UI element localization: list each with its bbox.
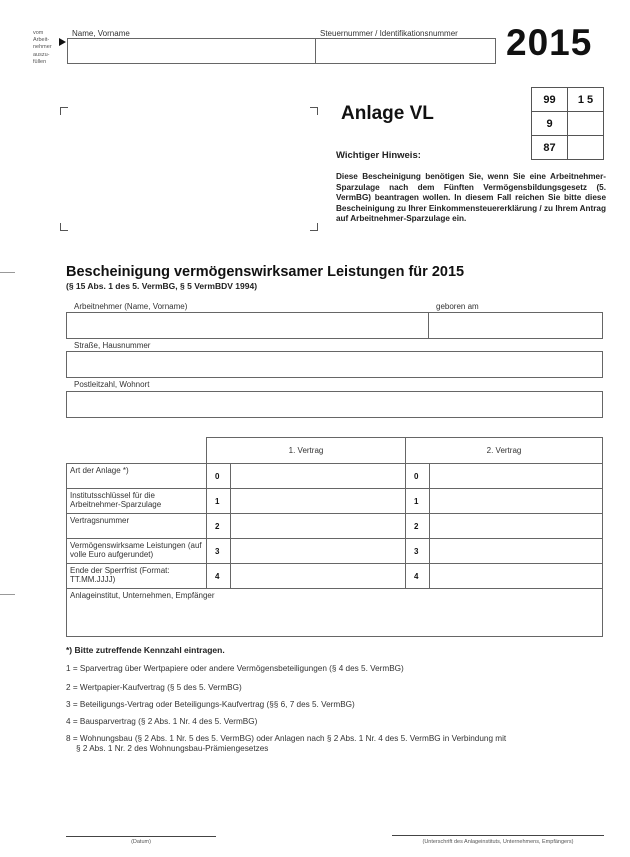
table-corner [67, 438, 207, 464]
contract-2-cell[interactable] [430, 539, 603, 564]
date-label: (Datum) [66, 839, 216, 845]
tax-number-field[interactable] [315, 38, 496, 64]
code-cell: 99 [532, 88, 568, 112]
fold-mark [0, 272, 15, 273]
row-code: 2 [406, 514, 430, 539]
row-label: Vertragsnummer [67, 514, 207, 539]
contract-1-cell[interactable] [231, 489, 406, 514]
footnote-item: 4 = Bausparvertrag (§ 2 Abs. 1 Nr. 4 des… [66, 717, 257, 727]
birth-date-field[interactable] [428, 312, 603, 339]
street-field[interactable] [66, 351, 603, 378]
row-code: 0 [207, 464, 231, 489]
code-grid: 99 1 5 9 87 [531, 87, 604, 160]
row-code: 3 [207, 539, 231, 564]
table-row: Vertragsnummer 2 2 [67, 514, 603, 539]
row-code: 2 [207, 514, 231, 539]
table-row: Institutsschlüssel für die Arbeitnehmer-… [67, 489, 603, 514]
row-label: Ende der Sperrfrist (Format: TT.MM.JJJJ) [67, 564, 207, 589]
contract-1-cell[interactable] [231, 539, 406, 564]
row-code: 0 [406, 464, 430, 489]
table-row: Vermögenswirksame Leistungen (auf volle … [67, 539, 603, 564]
row-code: 4 [406, 564, 430, 589]
row-label: Institutsschlüssel für die Arbeitnehmer-… [67, 489, 207, 514]
institute-label: Anlageinstitut, Unternehmen, Empfänger [70, 591, 599, 600]
row-code: 4 [207, 564, 231, 589]
row-code: 1 [406, 489, 430, 514]
window-corner-mark [60, 223, 68, 231]
row-label: Vermögenswirksame Leistungen (auf volle … [67, 539, 207, 564]
code-cell[interactable] [568, 112, 604, 136]
employee-label: Arbeitnehmer (Name, Vorname) [74, 302, 187, 311]
code-cell[interactable] [568, 136, 604, 160]
section-title: Bescheinigung vermögenswirksamer Leistun… [66, 264, 464, 280]
institute-field[interactable]: Anlageinstitut, Unternehmen, Empfänger [67, 589, 603, 637]
contract-2-cell[interactable] [430, 489, 603, 514]
footnote-item: 8 = Wohnungsbau (§ 2 Abs. 1 Nr. 5 des 5.… [66, 734, 506, 744]
side-note-line: vom [33, 30, 63, 37]
footnote-item: 2 = Wertpapier-Kaufvertrag (§ 5 des 5. V… [66, 683, 242, 693]
fold-mark [0, 594, 15, 595]
hint-body: Diese Bescheinigung benötigen Sie, wenn … [336, 172, 606, 225]
footnote-item: 3 = Beteiligungs-Vertrag oder Beteiligun… [66, 700, 355, 710]
row-code: 1 [207, 489, 231, 514]
city-label: Postleitzahl, Wohnort [74, 380, 149, 389]
city-field[interactable] [66, 391, 603, 418]
code-cell: 1 5 [568, 88, 604, 112]
side-note-line: auszu- [33, 52, 63, 59]
code-cell: 87 [532, 136, 568, 160]
name-label: Name, Vorname [72, 29, 130, 38]
birth-date-label: geboren am [436, 302, 479, 311]
form-title: Anlage VL [341, 103, 434, 125]
name-field[interactable] [67, 38, 316, 64]
contract-1-cell[interactable] [231, 564, 406, 589]
contract-2-header: 2. Vertrag [406, 438, 603, 464]
row-label: Art der Anlage *) [67, 464, 207, 489]
signature-line[interactable] [392, 835, 604, 836]
footnote-title: *) Bitte zutreffende Kennzahl eintragen. [66, 645, 225, 655]
contract-1-cell[interactable] [231, 514, 406, 539]
window-corner-mark [310, 107, 318, 115]
signature-label: (Unterschrift des Anlageinstituts, Unter… [392, 839, 604, 845]
form-year: 2015 [506, 22, 592, 64]
contracts-table: 1. Vertrag 2. Vertrag Art der Anlage *) … [66, 437, 603, 637]
footnote-item: 1 = Sparvertrag über Wertpapiere oder an… [66, 664, 404, 674]
tax-number-label: Steuernummer / Identifikationsnummer [320, 29, 458, 38]
code-cell: 9 [532, 112, 568, 136]
street-label: Straße, Hausnummer [74, 341, 150, 350]
contract-1-header: 1. Vertrag [207, 438, 406, 464]
contract-1-cell[interactable] [231, 464, 406, 489]
window-corner-mark [310, 223, 318, 231]
section-subtitle: (§ 15 Abs. 1 des 5. VermBG, § 5 VermBDV … [66, 281, 257, 291]
date-line[interactable] [66, 836, 216, 837]
window-corner-mark [60, 107, 68, 115]
footnote-item-continued: § 2 Abs. 1 Nr. 2 des Wohnungsbau-Prämien… [76, 744, 268, 754]
hint-title: Wichtiger Hinweis: [336, 150, 421, 161]
row-code: 3 [406, 539, 430, 564]
table-row: Ende der Sperrfrist (Format: TT.MM.JJJJ)… [67, 564, 603, 589]
contract-2-cell[interactable] [430, 564, 603, 589]
employee-name-field[interactable] [66, 312, 429, 339]
arrow-right-icon [59, 38, 66, 46]
side-note-line: füllen [33, 59, 63, 66]
contract-2-cell[interactable] [430, 464, 603, 489]
contract-2-cell[interactable] [430, 514, 603, 539]
side-note: vom Arbeit- nehmer auszu- füllen [33, 30, 63, 66]
table-row: Art der Anlage *) 0 0 [67, 464, 603, 489]
